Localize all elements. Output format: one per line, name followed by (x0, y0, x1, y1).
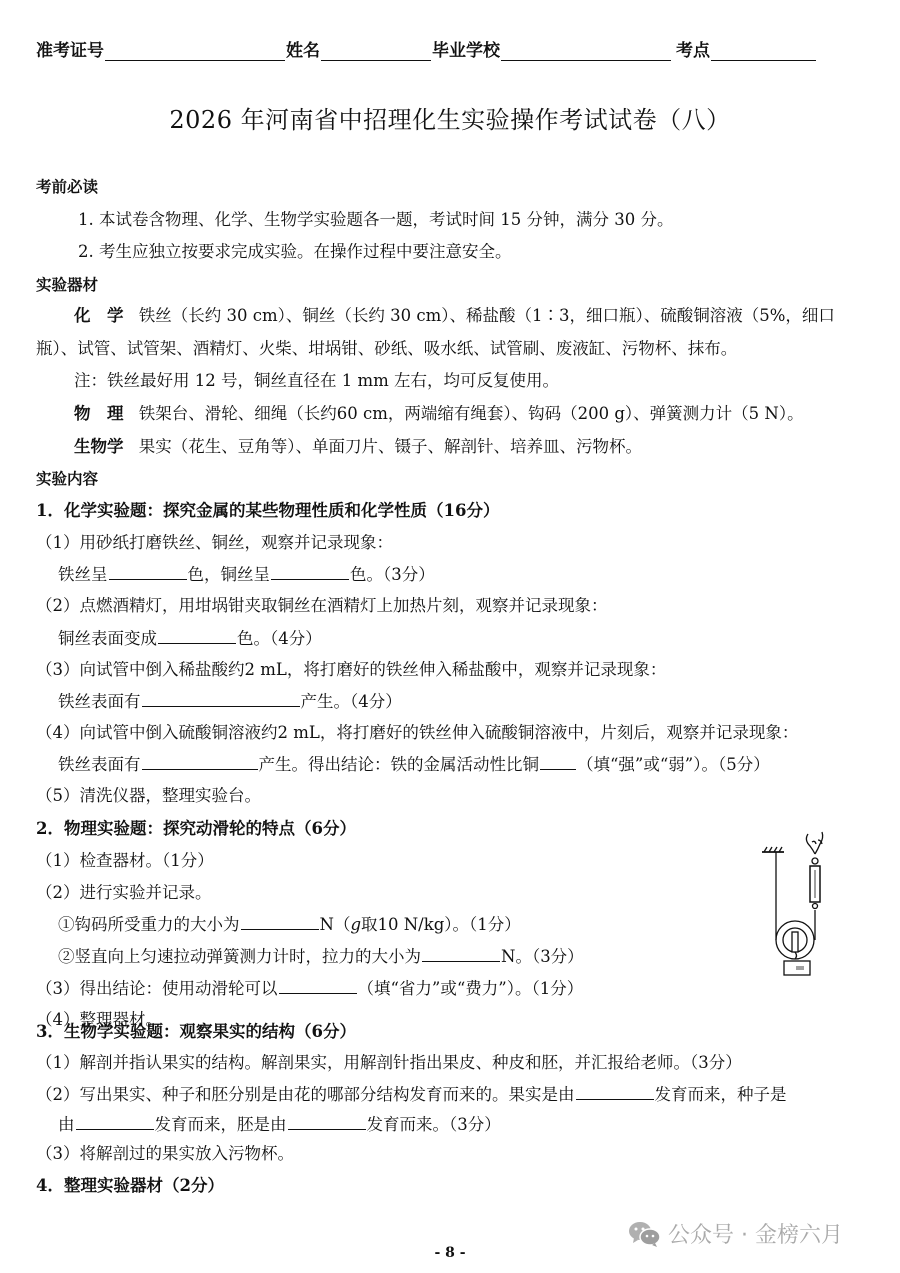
q2-title: 2．物理实验题：探究动滑轮的特点（6分） (36, 818, 356, 840)
exam-site-label: 考点 (676, 36, 710, 61)
conclusion-blank[interactable] (279, 977, 357, 994)
q3-title: 3．生物学实验题：观察果实的结构（6分） (36, 1021, 356, 1043)
chemistry-items-line1: 铁丝（长约 30 cm）、铜丝（长约 30 cm）、稀盐酸（1∶3，细口瓶）、硫… (139, 306, 835, 325)
q3-step2-text-d: 发育而来，胚是由 (155, 1115, 287, 1134)
q1-step3-text-b: 产生。（4分） (301, 692, 402, 711)
exam-site-blank[interactable] (711, 44, 816, 61)
q1-step1-text-c: 色。（3分） (350, 565, 435, 584)
q1-step4-text-a: 铁丝表面有 (58, 755, 141, 774)
q1-step4-answer: 铁丝表面有产生。得出结论：铁的金属活动性比铜（填“强”或“弱”）。（5分） (58, 753, 770, 776)
cuso4-observation-blank[interactable] (142, 753, 258, 770)
q1-step1: （1）用砂纸打磨铁丝、铜丝，观察并记录现象： (36, 532, 393, 554)
name-blank[interactable] (321, 44, 431, 61)
fruit-origin-blank[interactable] (576, 1083, 654, 1100)
copper-heated-color-blank[interactable] (158, 627, 236, 644)
materials-chemistry: 化 学 铁丝（长约 30 cm）、铜丝（长约 30 cm）、稀盐酸（1∶3，细口… (74, 305, 835, 327)
q1-step3-text-a: 铁丝表面有 (58, 692, 141, 711)
notice-heading: 考前必读 (36, 176, 98, 198)
q3-step1: （1）解剖并指认果实的结构。解剖果实，用解剖针指出果皮、种皮和胚，并汇报给老师。… (36, 1052, 742, 1074)
seed-origin-blank[interactable] (76, 1113, 154, 1130)
q2-step3-text-a: （3）得出结论：使用动滑轮可以 (36, 979, 278, 998)
name-label: 姓名 (286, 36, 320, 61)
chemistry-label: 化 学 (74, 306, 124, 325)
q2-step1: （1）检查器材。（1分） (36, 850, 214, 872)
school-label: 毕业学校 (432, 36, 500, 61)
hcl-observation-blank[interactable] (142, 690, 300, 707)
q2-step3: （3）得出结论：使用动滑轮可以（填“省力”或“费力”）。（1分） (36, 977, 583, 1000)
embryo-origin-blank[interactable] (288, 1113, 366, 1130)
q2-step2b-text-a: ②竖直向上匀速拉动弹簧测力计时，拉力的大小为 (58, 947, 421, 966)
physics-label: 物 理 (74, 404, 124, 423)
q1-step2: （2）点燃酒精灯，用坩埚钳夹取铜丝在酒精灯上加热片刻，观察并记录现象： (36, 595, 608, 617)
q1-step4: （4）向试管中倒入硫酸铜溶液约2 mL，将打磨好的铁丝伸入硫酸铜溶液中，片刻后，… (36, 722, 798, 744)
copper-color-blank[interactable] (271, 563, 349, 580)
q1-step4-text-c: （填“强”或“弱”）。（5分） (577, 755, 770, 774)
q2-step2b: ②竖直向上匀速拉动弹簧测力计时，拉力的大小为N。（3分） (58, 945, 584, 968)
q1-title: 1．化学实验题：探究金属的某些物理性质和化学性质（16分） (36, 500, 499, 522)
notice-item-1: 1. 本试卷含物理、化学、生物学实验题各一题，考试时间 15 分钟，满分 30 … (78, 209, 673, 231)
activity-comparison-blank[interactable] (540, 753, 576, 770)
q2-step2a: ①钩码所受重力的大小为N（g取10 N/kg）。（1分） (58, 913, 521, 936)
q3-step2-text-b: 发育而来，种子是 (655, 1085, 787, 1104)
admission-number-blank[interactable] (105, 44, 285, 61)
q1-step1-answer: 铁丝呈色，铜丝呈色。（3分） (58, 563, 435, 586)
page-title: 2026 年河南省中招理化生实验操作考试试卷（八） (0, 100, 900, 135)
exam-header-fields: 准考证号 姓名 毕业学校 考点 (36, 36, 817, 61)
iron-color-blank[interactable] (109, 563, 187, 580)
school-blank[interactable] (501, 44, 671, 61)
q3-step3: （3）将解剖过的果实放入污物杯。 (36, 1143, 294, 1165)
q1-step3-answer: 铁丝表面有产生。（4分） (58, 690, 402, 713)
pull-force-blank[interactable] (422, 945, 500, 962)
biology-items: 果实（花生、豆角等）、单面刀片、镊子、解剖针、培养皿、污物杯。 (139, 437, 642, 456)
physics-items: 铁架台、滑轮、细绳（长约60 cm，两端缩有绳套）、钩码（200 g）、弹簧测力… (139, 404, 804, 423)
q3-step2-cont: 由发育而来，胚是由发育而来。（3分） (58, 1113, 501, 1136)
admission-number-label: 准考证号 (36, 36, 104, 61)
biology-label: 生物学 (74, 437, 124, 456)
q1-step2-answer: 铜丝表面变成色。（4分） (58, 627, 322, 650)
q1-step4-text-b: 产生。得出结论：铁的金属活动性比铜 (259, 755, 540, 774)
q3-step2-text-c: 由 (58, 1115, 75, 1134)
q1-step1-text-a: 铁丝呈 (58, 565, 108, 584)
q1-step3: （3）向试管中倒入稀盐酸约2 mL，将打磨好的铁丝伸入稀盐酸中，观察并记录现象： (36, 659, 666, 681)
wechat-icon (628, 1220, 662, 1248)
notice-item-2: 2. 考生应独立按要求完成实验。在操作过程中要注意安全。 (78, 241, 512, 263)
q3-step2-text-e: 发育而来。（3分） (367, 1115, 501, 1134)
materials-heading: 实验器材 (36, 274, 98, 296)
content-heading: 实验内容 (36, 468, 98, 490)
q2-step2a-text-a: ①钩码所受重力的大小为 (58, 915, 240, 934)
g-symbol: g (350, 915, 361, 934)
q2-step2: （2）进行实验并记录。 (36, 882, 212, 904)
q2-step3-text-b: （填“省力”或“费力”）。（1分） (358, 979, 584, 998)
q2-step2b-text-b: N。（3分） (501, 947, 584, 966)
materials-physics: 物 理 铁架台、滑轮、细绳（长约60 cm，两端缩有绳套）、钩码（200 g）、… (74, 403, 804, 425)
q3-step2-text-a: （2）写出果实、种子和胚分别是由花的哪部分结构发育而来的。果实是由 (36, 1085, 575, 1104)
q2-step2a-text-c: 取10 N/kg）。（1分） (361, 915, 521, 934)
weight-gravity-blank[interactable] (241, 913, 319, 930)
q4-title: 4．整理实验器材（2分） (36, 1175, 224, 1197)
chemistry-items-line2: 瓶）、试管、试管架、酒精灯、火柴、坩埚钳、砂纸、吸水纸、试管刷、废液缸、污物杯、… (36, 338, 737, 360)
page-number: - 8 - (0, 1245, 900, 1261)
q2-step2a-text-b: N（ (320, 915, 351, 934)
q1-step5: （5）清洗仪器，整理实验台。 (36, 785, 261, 807)
q1-step2-text-a: 铜丝表面变成 (58, 629, 157, 648)
q3-step2: （2）写出果实、种子和胚分别是由花的哪部分结构发育而来的。果实是由发育而来，种子… (36, 1083, 787, 1106)
q1-step2-text-b: 色。（4分） (237, 629, 322, 648)
materials-biology: 生物学 果实（花生、豆角等）、单面刀片、镊子、解剖针、培养皿、污物杯。 (74, 436, 642, 458)
q1-step1-text-b: 色，铜丝呈 (188, 565, 271, 584)
movable-pulley-diagram (748, 828, 838, 983)
chemistry-note: 注：铁丝最好用 12 号，铜丝直径在 1 mm 左右，均可反复使用。 (74, 370, 559, 392)
